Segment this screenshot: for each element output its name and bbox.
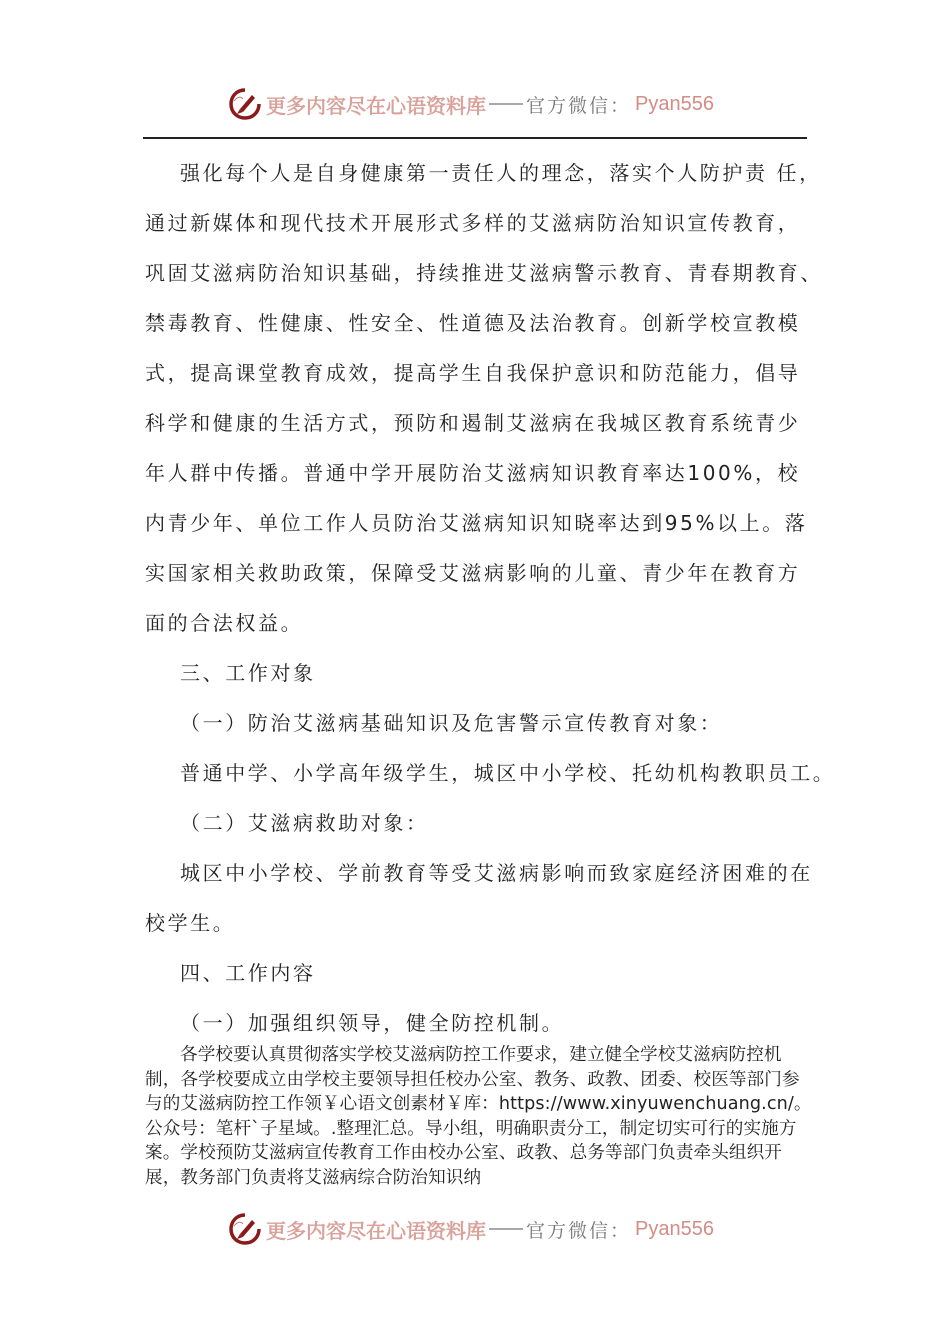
paragraph: 各学校要认真贯彻落实学校艾滋病防控工作要求，建立健全学校艾滋病防控机制，各学校要… <box>145 1043 815 1191</box>
text-line: 年人群中传播。普通中学开展防治艾滋病知识教育率达100%，校 <box>145 448 815 498</box>
footer-banner: 更多内容尽在心语资料库 官方微信： Pyan556 <box>228 1209 714 1249</box>
text-line: 校学生。 <box>145 898 815 948</box>
pen-nib-logo-icon <box>228 1212 262 1246</box>
banner-wechat-id: Pyan556 <box>635 1218 714 1241</box>
banner-separator <box>489 103 523 105</box>
subsection-heading: （一）加强组织领导，健全防控机制。 <box>145 998 815 1048</box>
text-line: 城区中小学校、学前教育等受艾滋病影响而致家庭经济困难的在 <box>145 848 815 898</box>
subsection-heading: （二）艾滋病救助对象： <box>145 798 815 848</box>
text-line: 强化每个人是自身健康第一责任人的理念，落实个人防护责 任， <box>145 148 815 198</box>
pen-nib-logo-icon <box>228 87 262 121</box>
banner-wechat-id: Pyan556 <box>635 93 714 116</box>
text-line: 内青少年、单位工作人员防治艾滋病知识知晓率达到95%以上。落 <box>145 498 815 548</box>
header-divider <box>143 137 807 139</box>
banner-separator <box>489 1228 523 1230</box>
text-line: 巩固艾滋病防治知识基础，持续推进艾滋病警示教育、青春期教育、 <box>145 248 815 298</box>
text-line: 实国家相关救助政策，保障受艾滋病影响的儿童、青少年在教育方 <box>145 548 815 598</box>
section-heading: 四、工作内容 <box>145 948 815 998</box>
document-body: 强化每个人是自身健康第一责任人的理念，落实个人防护责 任， 通过新媒体和现代技术… <box>145 148 815 1048</box>
header-banner: 更多内容尽在心语资料库 官方微信： Pyan556 <box>228 84 714 124</box>
banner-wechat-label: 官方微信： <box>526 91 631 118</box>
text-line: 通过新媒体和现代技术开展形式多样的艾滋病防治知识宣传教育， <box>145 198 815 248</box>
section-heading: 三、工作对象 <box>145 648 815 698</box>
banner-wechat-label: 官方微信： <box>526 1216 631 1243</box>
final-paragraph-block: 各学校要认真贯彻落实学校艾滋病防控工作要求，建立健全学校艾滋病防控机制，各学校要… <box>145 1043 815 1191</box>
banner-slogan: 更多内容尽在心语资料库 <box>266 90 486 119</box>
text-line: 面的合法权益。 <box>145 598 815 648</box>
text-line: 式，提高课堂教育成效，提高学生自我保护意识和防范能力，倡导 <box>145 348 815 398</box>
text-line: 普通中学、小学高年级学生，城区中小学校、托幼机构教职员工。 <box>145 748 815 798</box>
text-line: 禁毒教育、性健康、性安全、性道德及法治教育。创新学校宣教模 <box>145 298 815 348</box>
text-line: 科学和健康的生活方式，预防和遏制艾滋病在我城区教育系统青少 <box>145 398 815 448</box>
subsection-heading: （一）防治艾滋病基础知识及危害警示宣传教育对象： <box>145 698 815 748</box>
document-page: 更多内容尽在心语资料库 官方微信： Pyan556 强化每个人是自身健康第一责任… <box>0 0 950 1344</box>
banner-slogan: 更多内容尽在心语资料库 <box>266 1215 486 1244</box>
